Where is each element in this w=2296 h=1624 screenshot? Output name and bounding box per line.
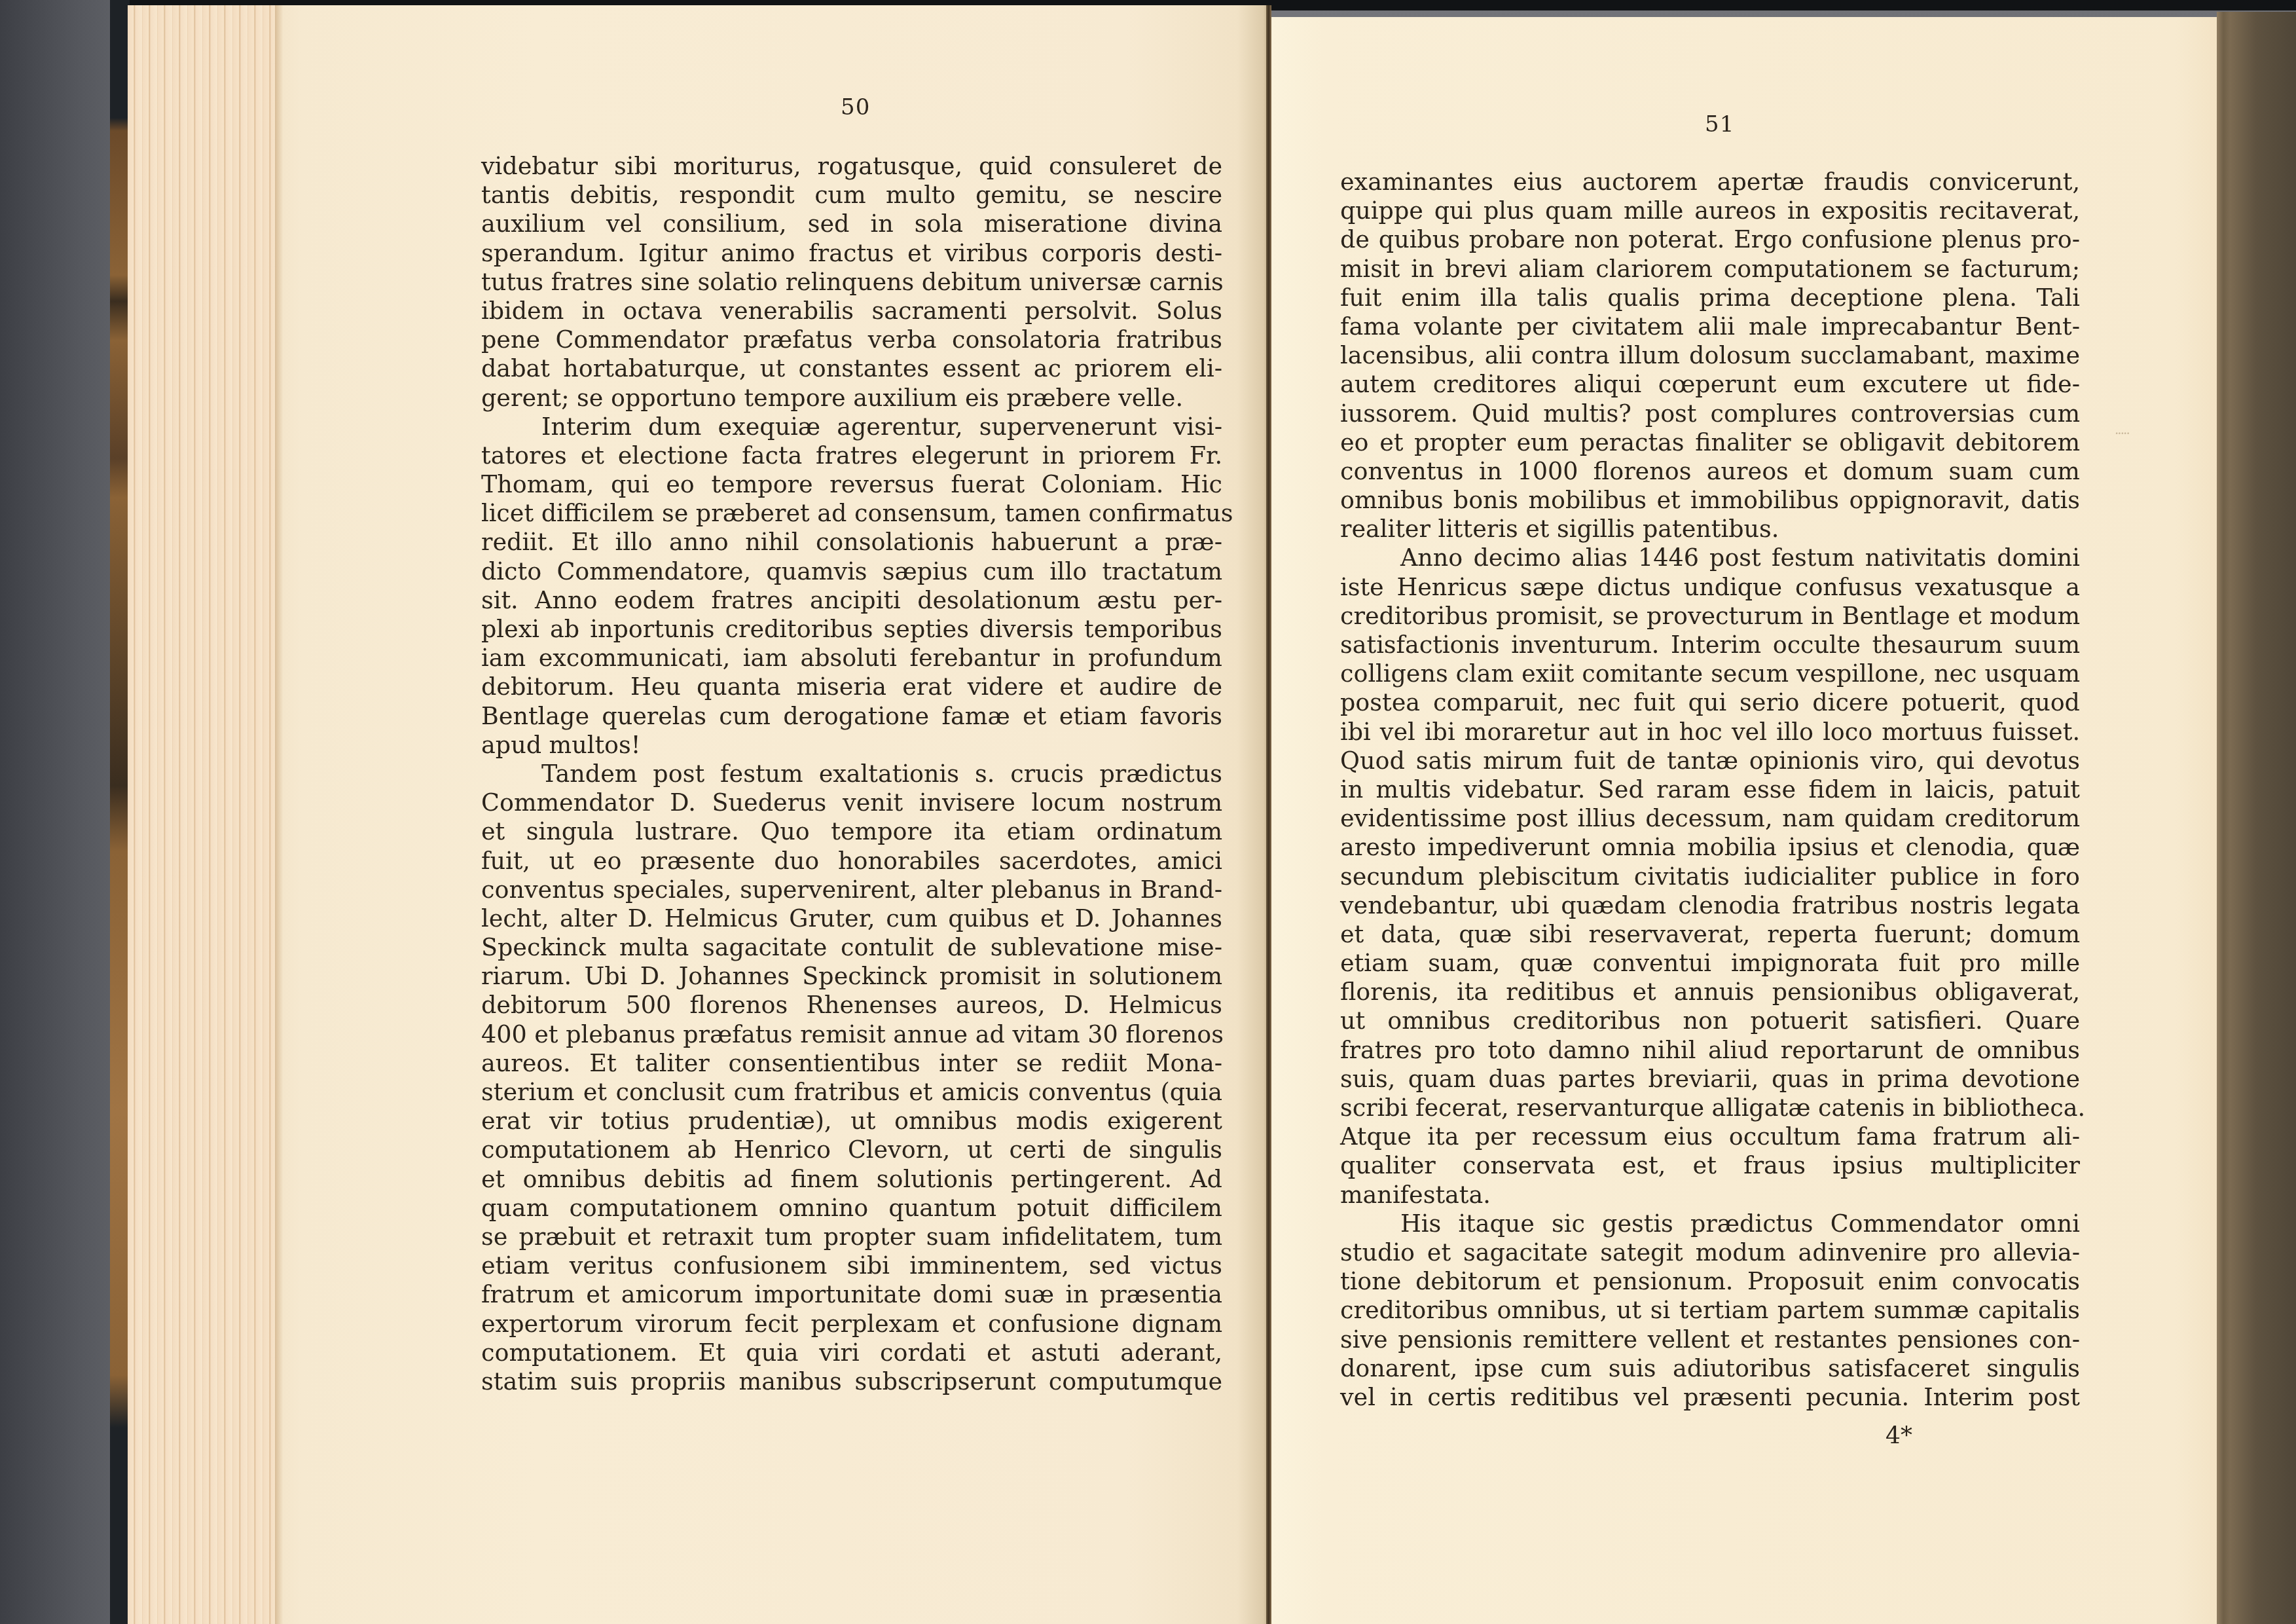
text-line: quam computationem omnino quantum potuit…	[481, 1194, 1222, 1223]
text-line: 400 et plebanus præfatus remisit annue a…	[481, 1020, 1222, 1049]
text-line: Speckinck multa sagacitate contulit de s…	[481, 933, 1222, 962]
text-line: eo et propter eum peractas finaliter se …	[1340, 428, 2080, 457]
text-line: tutus fratres sine solatio relinquens de…	[481, 268, 1222, 297]
text-line: et omnibus debitis ad finem solutionis p…	[481, 1165, 1222, 1194]
text-line: sperandum. Igitur animo fractus et virib…	[481, 239, 1222, 268]
text-line: fratrum et amicorum importunitate domi s…	[481, 1280, 1222, 1309]
text-line: videbatur sibi moriturus, rogatusque, qu…	[481, 152, 1222, 181]
text-line: ut omnibus creditoribus non potuerit sat…	[1340, 1006, 2080, 1035]
text-line: donarent, ipse cum suis adiutoribus sati…	[1340, 1354, 2080, 1383]
text-line: Bentlage querelas cum derogatione famæ e…	[481, 702, 1222, 731]
text-line: dicto Commendatore, quamvis sæpius cum i…	[481, 557, 1222, 586]
text-line: dabat hortabaturque, ut constantes essen…	[481, 354, 1222, 383]
margin-mark: ·····	[2115, 426, 2129, 441]
text-line: etiam veritus confusionem sibi imminente…	[481, 1251, 1222, 1280]
text-line: rediit. Et illo anno nihil consolationis…	[481, 528, 1222, 557]
text-line: qualiter conservata est, et fraus ipsius…	[1340, 1151, 2080, 1180]
text-line: expertorum virorum fecit perplexam et co…	[481, 1310, 1222, 1338]
text-line: lecht, alter D. Helmicus Gruter, cum qui…	[481, 904, 1222, 933]
right-page-text-block: examinantes eius auctorem apertæ fraudis…	[1340, 168, 2080, 1412]
text-line: omnibus bonis mobilibus et immobilibus o…	[1340, 486, 2080, 515]
text-line: fratres pro toto damno nihil aliud repor…	[1340, 1036, 2080, 1065]
text-line: examinantes eius auctorem apertæ fraudis…	[1340, 168, 2080, 196]
text-line: vendebantur, ubi quædam clenodia fratrib…	[1340, 891, 2080, 920]
text-line: ibi vel ibi moraretur aut in hoc vel ill…	[1340, 718, 2080, 747]
text-line: gerent; se opportuno tempore auxilium ei…	[481, 384, 1222, 413]
text-line: realiter litteris et sigillis patentibus…	[1340, 515, 2080, 544]
text-line: fama volante per civitatem alii male imp…	[1340, 312, 2080, 341]
text-line: suis, quam duas partes breviarii, quas i…	[1340, 1065, 2080, 1094]
text-line: statim suis propriis manibus subscripser…	[481, 1367, 1222, 1396]
text-line: iussorem. Quid multis? post complures co…	[1340, 399, 2080, 428]
text-line: autem creditores aliqui cœperunt eum exc…	[1340, 370, 2080, 399]
text-line: debitorum. Heu quanta miseria erat vider…	[481, 673, 1222, 701]
text-line: ibidem in octava venerabilis sacramenti …	[481, 297, 1222, 325]
text-line: quippe qui plus quam mille aureos in exp…	[1340, 196, 2080, 225]
text-line: satisfactionis inventurum. Interim occul…	[1340, 631, 2080, 659]
text-line: fuit, ut eo præsente duo honorabiles sac…	[481, 847, 1222, 876]
text-line: de quibus probare non poterat. Ergo conf…	[1340, 225, 2080, 254]
text-line: tione debitorum et pensionum. Proposuit …	[1340, 1267, 2080, 1296]
text-line: Interim dum exequiæ agerentur, supervene…	[481, 413, 1222, 441]
text-line: sterium et conclusit cum fratribus et am…	[481, 1078, 1222, 1107]
text-line: se præbuit et retraxit tum propter suam …	[481, 1223, 1222, 1251]
text-line: plexi ab inportunis creditoribus septies…	[481, 615, 1222, 644]
text-line: colligens clam exiit comitante secum ves…	[1340, 659, 2080, 688]
text-line: auxilium vel consilium, sed in sola mise…	[481, 210, 1222, 238]
signature-mark: 4*	[1886, 1422, 1912, 1449]
text-line: etiam suam, quæ conventui impignorata fu…	[1340, 949, 2080, 978]
text-line: tatores et electione facta fratres elege…	[481, 441, 1222, 470]
text-line: sit. Anno eodem fratres ancipiti desolat…	[481, 586, 1222, 615]
text-line: florenis, ita reditibus et annuis pensio…	[1340, 978, 2080, 1006]
text-line: Quod satis mirum fuit de tantæ opinionis…	[1340, 747, 2080, 775]
text-line: Anno decimo alias 1446 post festum nativ…	[1340, 544, 2080, 572]
text-line: iste Henricus sæpe dictus undique confus…	[1340, 573, 2080, 602]
text-line: apud multos!	[481, 731, 1222, 760]
left-page-text-block: videbatur sibi moriturus, rogatusque, qu…	[481, 152, 1222, 1396]
text-line: Tandem post festum exaltationis s. cruci…	[481, 760, 1222, 788]
text-line: tantis debitis, respondit cum multo gemi…	[481, 181, 1222, 210]
text-line: aresto impediverunt omnia mobilia ipsius…	[1340, 833, 2080, 862]
text-line: creditoribus omnibus, ut si tertiam part…	[1340, 1296, 2080, 1325]
text-line: fuit enim illa talis qualis prima decept…	[1340, 284, 2080, 312]
book-gutter	[1266, 5, 1271, 1624]
right-page-number: 51	[1705, 111, 1734, 138]
text-line: computationem. Et quia viri cordati et a…	[481, 1338, 1222, 1367]
text-line: Commendator D. Suederus venit invisere l…	[481, 788, 1222, 817]
left-page-number: 50	[841, 94, 870, 120]
text-line: et singula lustrare. Quo tempore ita eti…	[481, 817, 1222, 846]
text-line: misit in brevi aliam clariorem computati…	[1340, 255, 2080, 284]
text-line: et data, quæ sibi reservaverat, reperta …	[1340, 920, 2080, 949]
text-line: His itaque sic gestis prædictus Commenda…	[1340, 1209, 2080, 1238]
text-line: scribi fecerat, reservanturque alligatæ …	[1340, 1094, 2080, 1122]
text-line: in multis videbatur. Sed raram esse fide…	[1340, 775, 2080, 804]
text-line: Atque ita per recessum eius occultum fam…	[1340, 1122, 2080, 1151]
text-line: aureos. Et taliter consentientibus inter…	[481, 1049, 1222, 1078]
text-line: secundum plebiscitum civitatis iudiciali…	[1340, 862, 2080, 891]
text-line: sive pensionis remittere vellent et rest…	[1340, 1325, 2080, 1354]
book-cover-spine-edge	[110, 0, 130, 1624]
text-line: conventus speciales, supervenirent, alte…	[481, 876, 1222, 904]
text-line: creditoribus promisit, se provecturum in…	[1340, 602, 2080, 631]
text-line: Thomam, qui eo tempore reversus fuerat C…	[481, 470, 1222, 499]
text-line: manifestata.	[1340, 1181, 2080, 1209]
page-stack-edges	[128, 5, 278, 1624]
text-line: pene Commendator præfatus verba consolat…	[481, 325, 1222, 354]
text-line: postea comparuit, nec fuit qui serio dic…	[1340, 688, 2080, 717]
text-line: debitorum 500 florenos Rhenenses aureos,…	[481, 991, 1222, 1020]
text-line: iam excommunicati, iam absoluti ferebant…	[481, 644, 1222, 673]
text-line: vel in certis reditibus vel præsenti pec…	[1340, 1383, 2080, 1412]
text-line: licet difficilem se præberet ad consensu…	[481, 499, 1222, 528]
book-cover-right-edge	[2217, 12, 2296, 1624]
text-line: conventus in 1000 florenos aureos et dom…	[1340, 457, 2080, 486]
text-line: studio et sagacitate sategit modum adinv…	[1340, 1238, 2080, 1267]
text-line: lacensibus, alii contra illum dolosum su…	[1340, 341, 2080, 370]
left-page-edge	[275, 5, 283, 1624]
text-line: riarum. Ubi D. Johannes Speckinck promis…	[481, 962, 1222, 991]
text-line: evidentissime post illius decessum, nam …	[1340, 804, 2080, 833]
text-line: erat vir totius prudentiæ), ut omnibus m…	[481, 1107, 1222, 1135]
text-line: computationem ab Henrico Clevorn, ut cer…	[481, 1135, 1222, 1164]
